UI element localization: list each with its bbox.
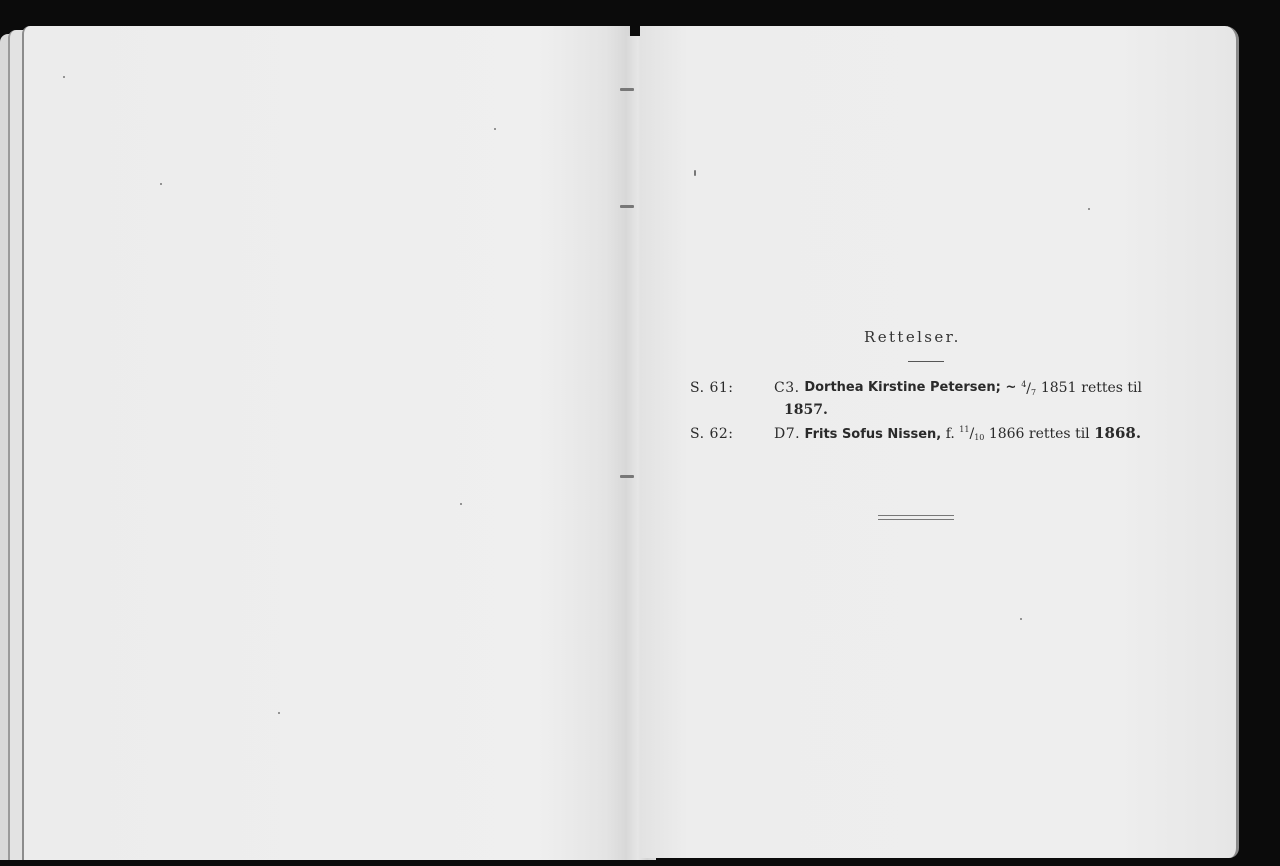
paper-speck: [278, 712, 280, 714]
date-month: 7: [1031, 388, 1036, 397]
entry-code: D7.: [774, 426, 800, 442]
person-name: Dorthea Kirstine Petersen;: [804, 380, 1000, 397]
errata-entry: S. 61:C3. Dorthea Kirstine Petersen; ~ 4…: [690, 380, 1142, 397]
page-ref: S. 61:: [690, 380, 774, 396]
left-page-blank: [22, 26, 630, 860]
binding-mark: [620, 205, 634, 208]
date-month: 10: [974, 433, 984, 442]
paper-speck: [1020, 618, 1022, 620]
corrected-year: 1857.: [784, 402, 828, 418]
date-day: 11: [959, 425, 969, 434]
paper-speck: [494, 128, 496, 130]
title-rule: [908, 361, 944, 362]
paper-speck: [63, 76, 65, 78]
binding-mark: [620, 88, 634, 91]
end-rule: [878, 515, 954, 520]
binding-mark: [620, 475, 634, 478]
paper-speck: [160, 183, 162, 185]
entry-code: C3.: [774, 380, 800, 396]
wrong-year: 1866: [989, 426, 1025, 442]
errata-title: Rettelser.: [864, 328, 961, 346]
errata-entry: S. 62:D7. Frits Sofus Nissen, f. 11/10 1…: [690, 424, 1141, 442]
right-page: [640, 26, 1239, 858]
person-name: Frits Sofus Nissen,: [805, 427, 942, 442]
correction-action: rettes til: [1081, 380, 1142, 397]
paper-speck: [460, 503, 462, 505]
wrong-year: 1851: [1041, 380, 1077, 397]
correction-action: rettes til: [1029, 426, 1090, 442]
date-day: 4: [1021, 380, 1026, 389]
birth-symbol: f.: [946, 426, 955, 442]
baptism-symbol: ~: [1006, 380, 1017, 397]
corrected-year: 1868.: [1094, 424, 1141, 442]
paper-speck: [694, 170, 696, 176]
page-ref: S. 62:: [690, 426, 774, 442]
paper-speck: [1088, 208, 1090, 210]
